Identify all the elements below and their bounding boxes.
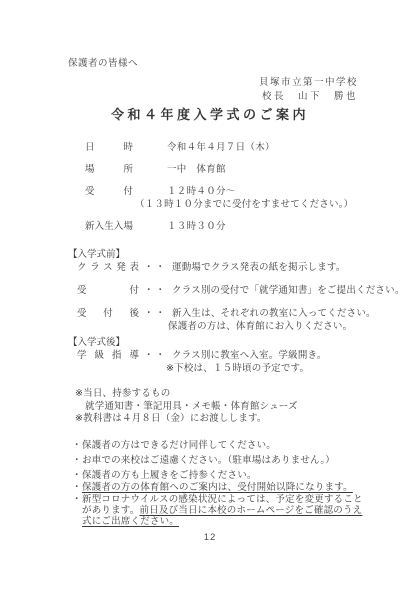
info-label-place: 場所 [85, 163, 133, 176]
dots-separator: ・・ [144, 284, 167, 297]
salutation: 保護者の皆様へ [68, 57, 420, 70]
principal-name: 校長 山下 勝也 [0, 90, 358, 104]
notice-bullet-list: ・ 保護者の方はできるだけ同伴してください。 ・ お車での来校はご遠慮ください。… [0, 440, 420, 527]
page-number: 12 [0, 531, 420, 544]
label-class-announcement: クラス発表 [77, 261, 139, 274]
text-dismissal-time-note: ※下校は、１５時頃の予定です。 [166, 362, 420, 375]
row-class-announcement: クラス発表 ・・ 運動場でクラス発表の紙を掲示します。 [77, 261, 420, 274]
dots-separator: ・・ [144, 307, 167, 320]
label-reception-desk: 受付 [77, 284, 139, 297]
info-value-datetime: 令和４年４月７日（木） [167, 141, 275, 154]
bring-along-notes: ※当日、持参するもの 就学通知書・筆記用具・メモ帳・体育館シューズ ※教科書は４… [0, 388, 420, 426]
info-value-place: 一中 体育館 [167, 163, 226, 176]
list-item: ・ 新型コロナウイルスの感染状況によっては、予定を変更すること があります。前日… [72, 494, 420, 527]
row-after-reception: 受付後 ・・ 新入生は、それぞれの教室に入ってください。 [77, 307, 420, 320]
label-after-reception: 受付後 [77, 307, 139, 320]
school-name: 貝塚市立第一中学校 [0, 76, 358, 90]
sender-block: 貝塚市立第一中学校 校長 山下 勝也 [0, 76, 358, 103]
covid-line-3-underlined: 式にご出席ください。 [82, 516, 179, 527]
section-heading-before-ceremony: 【入学式前】 [68, 248, 420, 261]
row-class-guidance: 学級指導 ・・ クラス別に教室へ入室。学級開き。 [77, 349, 420, 362]
info-row-reception: 受付 １２時４０分～ [85, 185, 420, 198]
text-reception-desk: クラス別の受付で「就学通知書」をご提出ください。 [172, 284, 405, 297]
covid-line-2-underlined: 前日及び当日に本校のホームページをご確認のうえ [139, 505, 362, 516]
page-title: 令和４年度入学式のご案内 [0, 107, 420, 123]
bullet-gym-guidance: 保護者の方の体育館へのご案内は、受付開始以降になります。 [82, 482, 353, 494]
info-label-entrance: 新入生入場 [85, 220, 133, 233]
text-after-reception: 新入生は、それぞれの教室に入ってください。 [172, 307, 376, 320]
bullet-no-car: お車での来校はご遠慮ください。（駐車場はありません。） [82, 455, 335, 467]
bullet-marker: ・ [72, 482, 82, 494]
bullet-covid-notice: 新型コロナウイルスの感染状況によっては、予定を変更すること があります。前日及び… [82, 494, 363, 527]
covid-line-2-plain: があります。 [82, 505, 139, 516]
bullet-marker: ・ [72, 455, 82, 467]
info-value-entrance: １３時３０分 [167, 220, 226, 233]
list-item: ・ 保護者の方の体育館へのご案内は、受付開始以降になります。 [72, 482, 420, 494]
info-value-reception: １２時４０分～ [167, 185, 236, 198]
list-item: ・ 保護者の方も上履きをご持参ください。 [72, 470, 420, 482]
bullet-marker: ・ [72, 494, 82, 527]
schedule-info: 日時 令和４年４月７日（木） 場所 一中 体育館 受付 １２時４０分～ （１３時… [0, 141, 420, 233]
text-class-guidance: クラス別に教室へ入室。学級開き。 [172, 349, 327, 362]
bullet-indoor-shoes: 保護者の方も上履きをご持参ください。 [82, 470, 257, 482]
textbook-note: ※教科書は４月８日（金）にお渡しします。 [75, 413, 420, 426]
covid-line-1: 新型コロナウイルスの感染状況によっては、予定を変更すること [82, 494, 363, 505]
text-class-announcement: 運動場でクラス発表の紙を掲示します。 [172, 261, 346, 274]
text-after-reception-parents: 保護者の方は、体育館にお入りください。 [168, 320, 420, 333]
bring-items: 就学通知書・筆記用具・メモ帳・体育館シューズ [85, 401, 420, 414]
dots-separator: ・・ [144, 349, 167, 362]
info-row-entrance: 新入生入場 １３時３０分 [85, 220, 420, 233]
info-row-datetime: 日時 令和４年４月７日（木） [85, 141, 420, 154]
info-label-datetime: 日時 [85, 141, 133, 154]
list-item: ・ お車での来校はご遠慮ください。（駐車場はありません。） [72, 455, 420, 467]
bullet-marker: ・ [72, 470, 82, 482]
section-heading-after-ceremony: 【入学式後】 [68, 336, 420, 349]
document-page: 保護者の皆様へ 貝塚市立第一中学校 校長 山下 勝也 令和４年度入学式のご案内 … [0, 0, 420, 593]
bullet-marker: ・ [72, 440, 82, 452]
label-class-guidance: 学級指導 [77, 349, 139, 362]
bullet-accompany: 保護者の方はできるだけ同伴してください。 [82, 440, 276, 452]
dots-separator: ・・ [144, 261, 167, 274]
reception-deadline-note: （１３時１０分までに受付をすませてください。） [135, 198, 420, 211]
info-label-reception: 受付 [85, 185, 133, 198]
info-row-place: 場所 一中 体育館 [85, 163, 420, 176]
bring-heading: ※当日、持参するもの [75, 388, 420, 401]
list-item: ・ 保護者の方はできるだけ同伴してください。 [72, 440, 420, 452]
row-reception-desk: 受付 ・・ クラス別の受付で「就学通知書」をご提出ください。 [77, 284, 420, 297]
